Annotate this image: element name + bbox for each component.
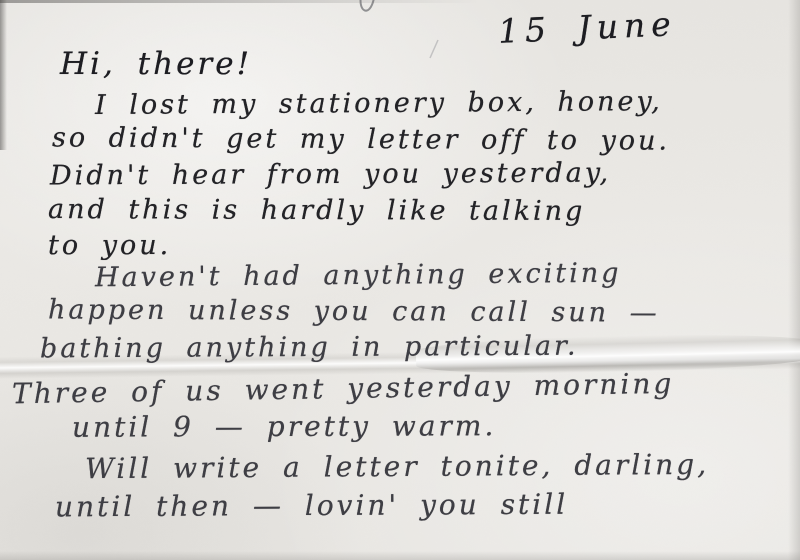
letter-date: 15 June xyxy=(497,4,677,51)
scan-edge-shadow-right xyxy=(788,0,800,560)
letter-line: until 9 — pretty warm. xyxy=(72,409,496,443)
letter-line: Will write a letter tonite, darling, xyxy=(85,448,709,485)
scan-edge-shadow-top xyxy=(0,0,480,3)
scan-edge-shadow-left xyxy=(0,0,7,150)
letter-line: happen unless you can call sun — xyxy=(48,294,660,328)
letter-line: until then — lovin' you still xyxy=(55,488,568,524)
letter-line: bathing anything in particular. xyxy=(40,331,579,365)
letter-salutation: Hi, there! xyxy=(60,46,252,82)
letter-page-scan: 15 June Hi, there! I lost my stationery … xyxy=(0,0,800,560)
scan-edge-shadow-bottom xyxy=(0,551,800,560)
letter-line: and this is hardly like talking xyxy=(48,194,585,227)
letter-line: Haven't had anything exciting xyxy=(95,258,622,294)
letter-line: so didn't get my letter off to you. xyxy=(52,122,670,156)
letter-line: Three of us went yesterday morning xyxy=(12,367,675,410)
letter-line: Didn't hear from you yesterday, xyxy=(50,158,611,192)
letter-line: I lost my stationery box, honey, xyxy=(95,86,663,121)
letter-line: to you. xyxy=(48,230,171,261)
